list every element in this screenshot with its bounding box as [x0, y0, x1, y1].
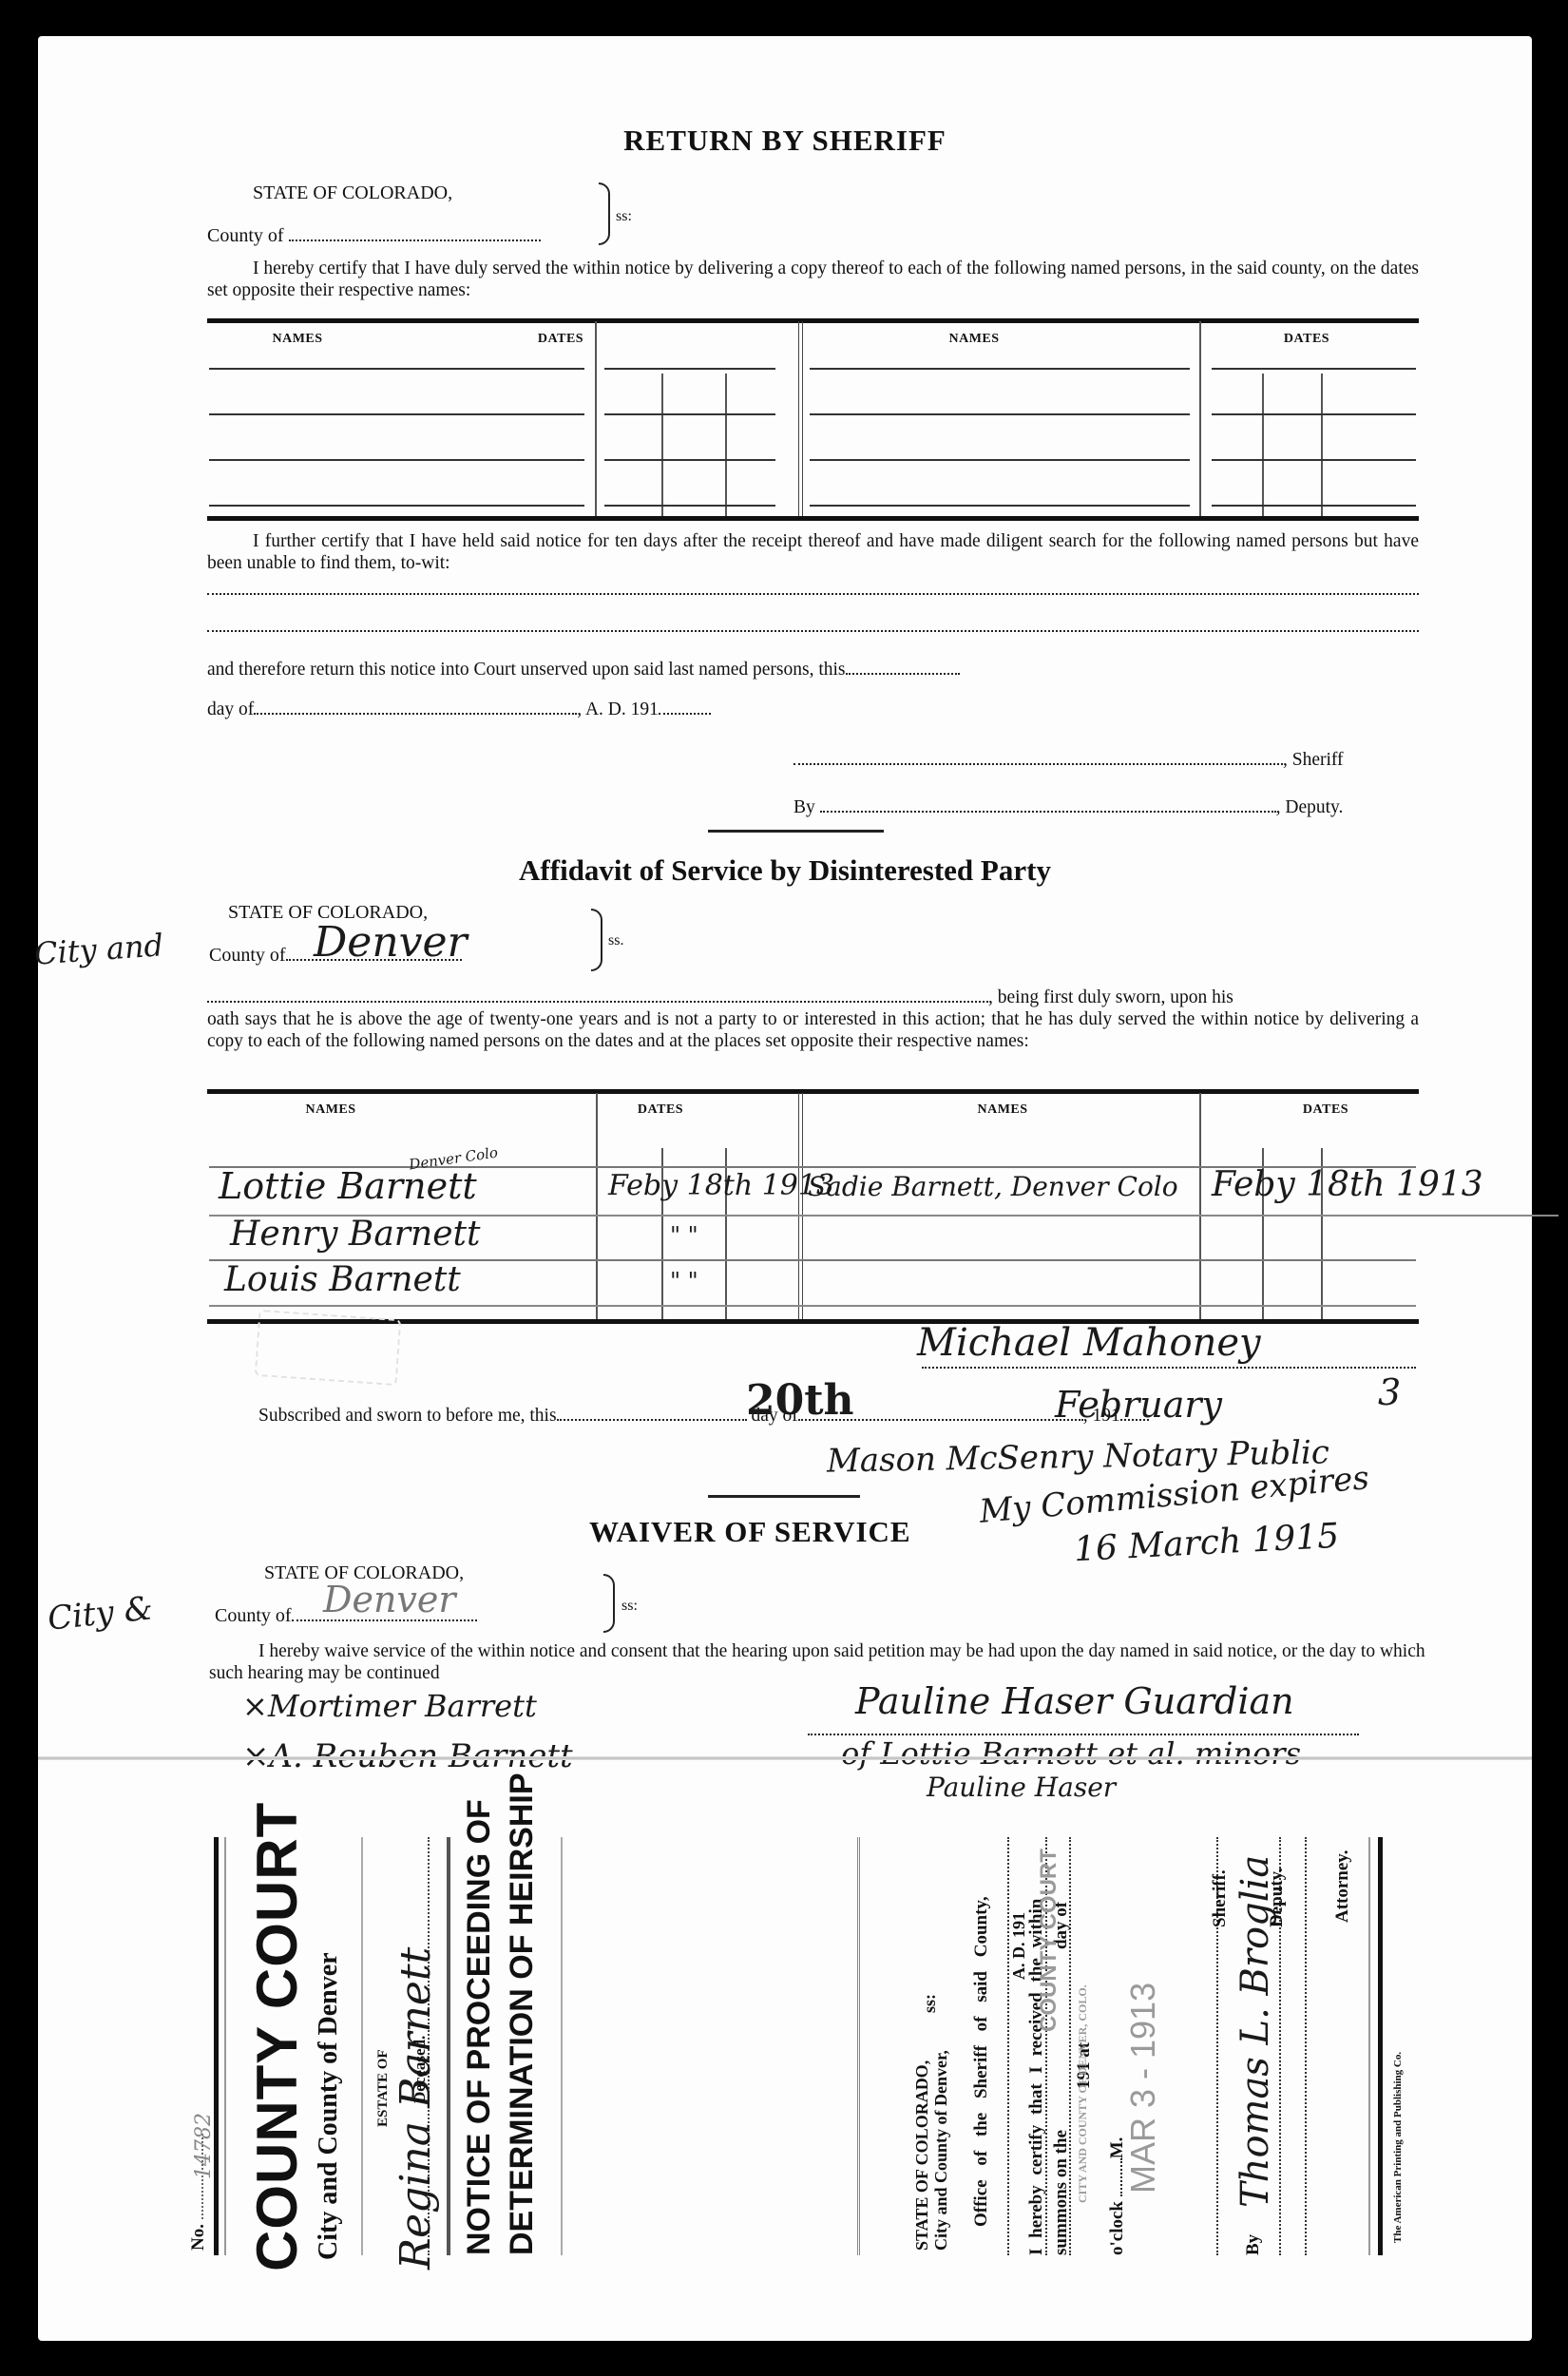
subscribed-day-handwritten: 20th — [746, 1376, 854, 1425]
subscribed-month-handwritten: February — [1055, 1384, 1222, 1426]
unfound-persons-line-2[interactable] — [207, 630, 1419, 632]
served-name-3: Louis Barnett — [224, 1260, 461, 1299]
margin-note-city-and: City and — [33, 927, 164, 971]
deputy-signature-line: By , Deputy. — [794, 796, 1343, 818]
sheriff-label: Sheriff. — [1210, 1869, 1231, 1927]
waive-paragraph: I hereby waive service of the within not… — [209, 1640, 1425, 1684]
deceased-label: Deceased. — [411, 2036, 430, 2103]
sheriff-ss: ss: — [920, 1994, 940, 2013]
bracket — [599, 182, 610, 245]
estate-label: ESTATE OF — [375, 2049, 392, 2127]
county-label: County of — [207, 224, 541, 247]
section-divider — [708, 1495, 860, 1498]
col-header-dates: DATES — [580, 1102, 741, 1118]
sworn-paragraph: oath says that he is above the age of tw… — [207, 1008, 1419, 1052]
attorney-label: Attorney. — [1332, 1849, 1353, 1923]
notice-title-line-2: DETERMINATION OF HEIRSHIP — [504, 1773, 541, 2256]
served-date-1: Feby 18th 1913 — [608, 1169, 834, 1202]
court-title: COUNTY COURT — [244, 1802, 310, 2271]
affidavit-title: Affidavit of Service by Disinterested Pa… — [38, 853, 1532, 888]
served-date-3: " " — [670, 1268, 698, 1294]
ss-label: ss: — [621, 1595, 638, 1618]
affiant-line: , being first duly sworn, upon his — [207, 987, 1419, 1008]
document-page: RETURN BY SHERIFF STATE OF COLORADO, Cou… — [38, 36, 1532, 2341]
col-header-names: NAMES — [884, 1102, 1121, 1118]
subscribed-year-handwritten: 3 — [1378, 1371, 1401, 1413]
estate-name-handwritten: Regina Barnett — [392, 1947, 440, 2270]
received-stamp-date: MAR 3 - 1913 — [1123, 1983, 1163, 2194]
subscribed-line: Subscribed and sworn to before me, this … — [258, 1405, 1149, 1427]
served-date-right-1: Feby 18th 1913 — [1212, 1165, 1483, 1204]
further-certify-paragraph: I further certify that I have held said … — [207, 530, 1419, 574]
affiant-signature-line — [922, 1367, 1416, 1369]
guardian-of-minors: of Lottie Barnett et al. minors — [841, 1735, 1301, 1772]
margin-note-city-and: City & — [46, 1589, 154, 1638]
county-value-handwritten: Denver — [314, 918, 468, 967]
served-date-2: " " — [670, 1222, 698, 1249]
col-header-names: NAMES — [207, 1102, 454, 1118]
served-name-right-1: Sadie Barnett, Denver Colo — [808, 1171, 1178, 1202]
commission-expires-line-2: 16 March 1915 — [1073, 1517, 1340, 1570]
bracket — [591, 909, 602, 971]
certify-paragraph: I hereby certify that I have duly served… — [207, 258, 1419, 301]
col-header-names: NAMES — [855, 332, 1093, 347]
faint-stamp-bleedthrough — [255, 1310, 402, 1386]
guardian-signature: Pauline Haser Guardian — [855, 1680, 1294, 1722]
guardian-signature-2: Pauline Haser — [927, 1772, 1116, 1803]
county-value-handwritten: Denver — [323, 1579, 456, 1620]
sheriff-state: STATE OF COLORADO, — [912, 2060, 932, 2251]
deputy-label: Deputy. — [1267, 1868, 1288, 1927]
return-unserved-paragraph: and therefore return this notice into Co… — [207, 659, 1419, 680]
sheriff-signature-line: , Sheriff — [794, 749, 1344, 771]
waiver-signature-1: ×Mortimer Barrett — [242, 1688, 537, 1724]
served-name-2: Henry Barnett — [230, 1215, 480, 1254]
received-stamp-court: COUNTY COURT — [1036, 1849, 1062, 2032]
received-stamp-city: CITY AND COUNTY OF DENVER, COLO. — [1076, 1984, 1090, 2203]
col-header-names: NAMES — [207, 332, 388, 347]
state-label: STATE OF COLORADO, — [253, 182, 452, 204]
case-number-value: 14782 — [192, 2113, 216, 2179]
col-header-dates: DATES — [489, 332, 632, 347]
section-divider — [708, 830, 884, 833]
unfound-persons-line-1[interactable] — [207, 593, 1419, 595]
bracket — [603, 1574, 615, 1633]
served-name-1: Lottie Barnett — [219, 1165, 477, 1207]
return-by-sheriff-title: RETURN BY SHERIFF — [38, 124, 1532, 158]
ss-label: ss: — [616, 205, 632, 228]
return-date-line: day of, A. D. 191 — [207, 699, 711, 720]
sheriff-office: Office of the Sheriff of said County, — [971, 1896, 992, 2227]
sheriff-city: City and County of Denver, — [931, 2050, 951, 2251]
col-header-dates: DATES — [1254, 1102, 1397, 1118]
waiver-title: WAIVER OF SERVICE — [589, 1515, 911, 1549]
ss-label: ss. — [608, 929, 623, 952]
notice-title-line-1: NOTICE OF PROCEEDING OF — [461, 1799, 498, 2255]
by-label: By — [1243, 2234, 1264, 2255]
printer-imprint: The American Printing and Publishing Co. — [1392, 2052, 1404, 2243]
court-subtitle: City and County of Denver — [314, 1952, 344, 2260]
col-header-dates: DATES — [1235, 332, 1378, 347]
paper-fold — [38, 1756, 1532, 1760]
affiant-signature: Michael Mahoney — [917, 1321, 1261, 1365]
